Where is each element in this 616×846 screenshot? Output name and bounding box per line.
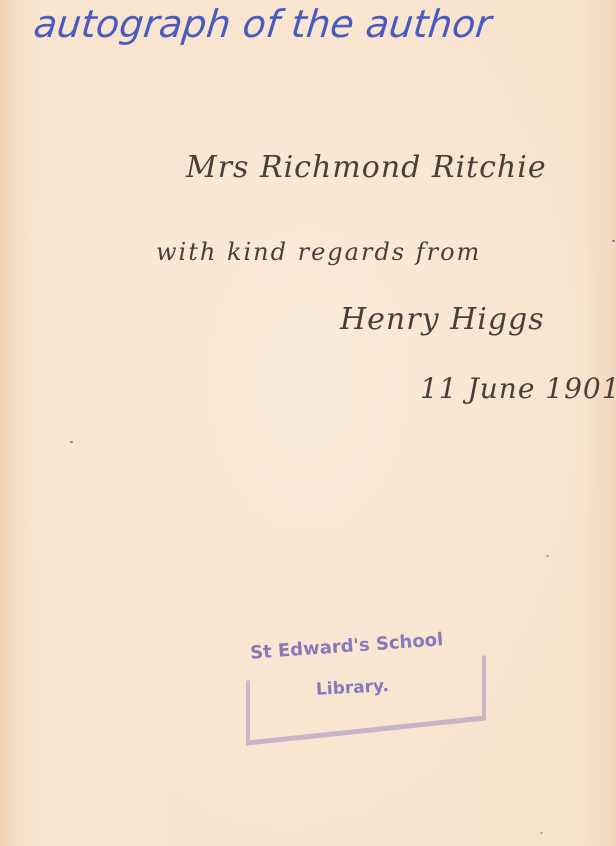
inscription-greeting: with kind regards from [156, 238, 481, 266]
paper-speck [70, 441, 73, 443]
stamp-border [246, 655, 486, 745]
stamp-school-name: St Edward's School [250, 629, 444, 663]
pencil-annotation: autograph of the author [32, 2, 494, 46]
paper-speck [540, 832, 543, 834]
library-stamp: St Edward's School Library. [246, 632, 478, 734]
paper-speck [546, 555, 549, 557]
stamp-library-label: Library. [316, 676, 390, 700]
inscription-date: 11 June 1901 [420, 372, 616, 405]
book-flyleaf-page: autograph of the author Mrs Richmond Rit… [0, 0, 616, 846]
paper-speck [612, 240, 615, 242]
inscription-recipient: Mrs Richmond Ritchie [186, 150, 547, 185]
author-signature: Henry Higgs [340, 302, 545, 337]
